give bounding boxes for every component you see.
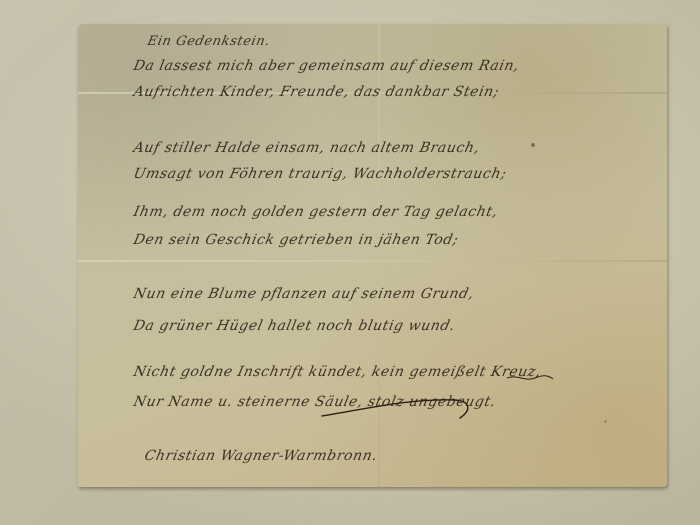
poem-line: Nun eine Blume pflanzen auf seinem Grund… [132, 286, 475, 302]
poem-line: Umsagt von Föhren traurig, Wachholderstr… [132, 166, 508, 182]
author-signature: Christian Wagner-Warmbronn. [143, 448, 379, 464]
poem-line: Da lassest mich aber gemeinsam auf diese… [132, 58, 521, 74]
poem-line: Ihm, dem noch golden gestern der Tag gel… [132, 204, 499, 220]
ink-spot [531, 143, 535, 147]
line-end-flourish [505, 372, 555, 384]
paper-fold-crease [78, 260, 667, 262]
poem-title: Ein Gedenkstein. [146, 34, 272, 49]
underline-flourish [320, 392, 480, 422]
ink-spot [604, 420, 607, 423]
poem-line: Da grüner Hügel hallet noch blutig wund. [132, 318, 457, 334]
poem-line: Auf stiller Halde einsam, nach altem Bra… [132, 140, 481, 156]
poem-line: Aufrichten Kinder, Freunde, das dankbar … [132, 84, 501, 100]
poem-line: Den sein Geschick getrieben in jähen Tod… [132, 232, 460, 248]
poem-line: Nicht goldne Inschrift kündet, kein geme… [132, 364, 543, 380]
